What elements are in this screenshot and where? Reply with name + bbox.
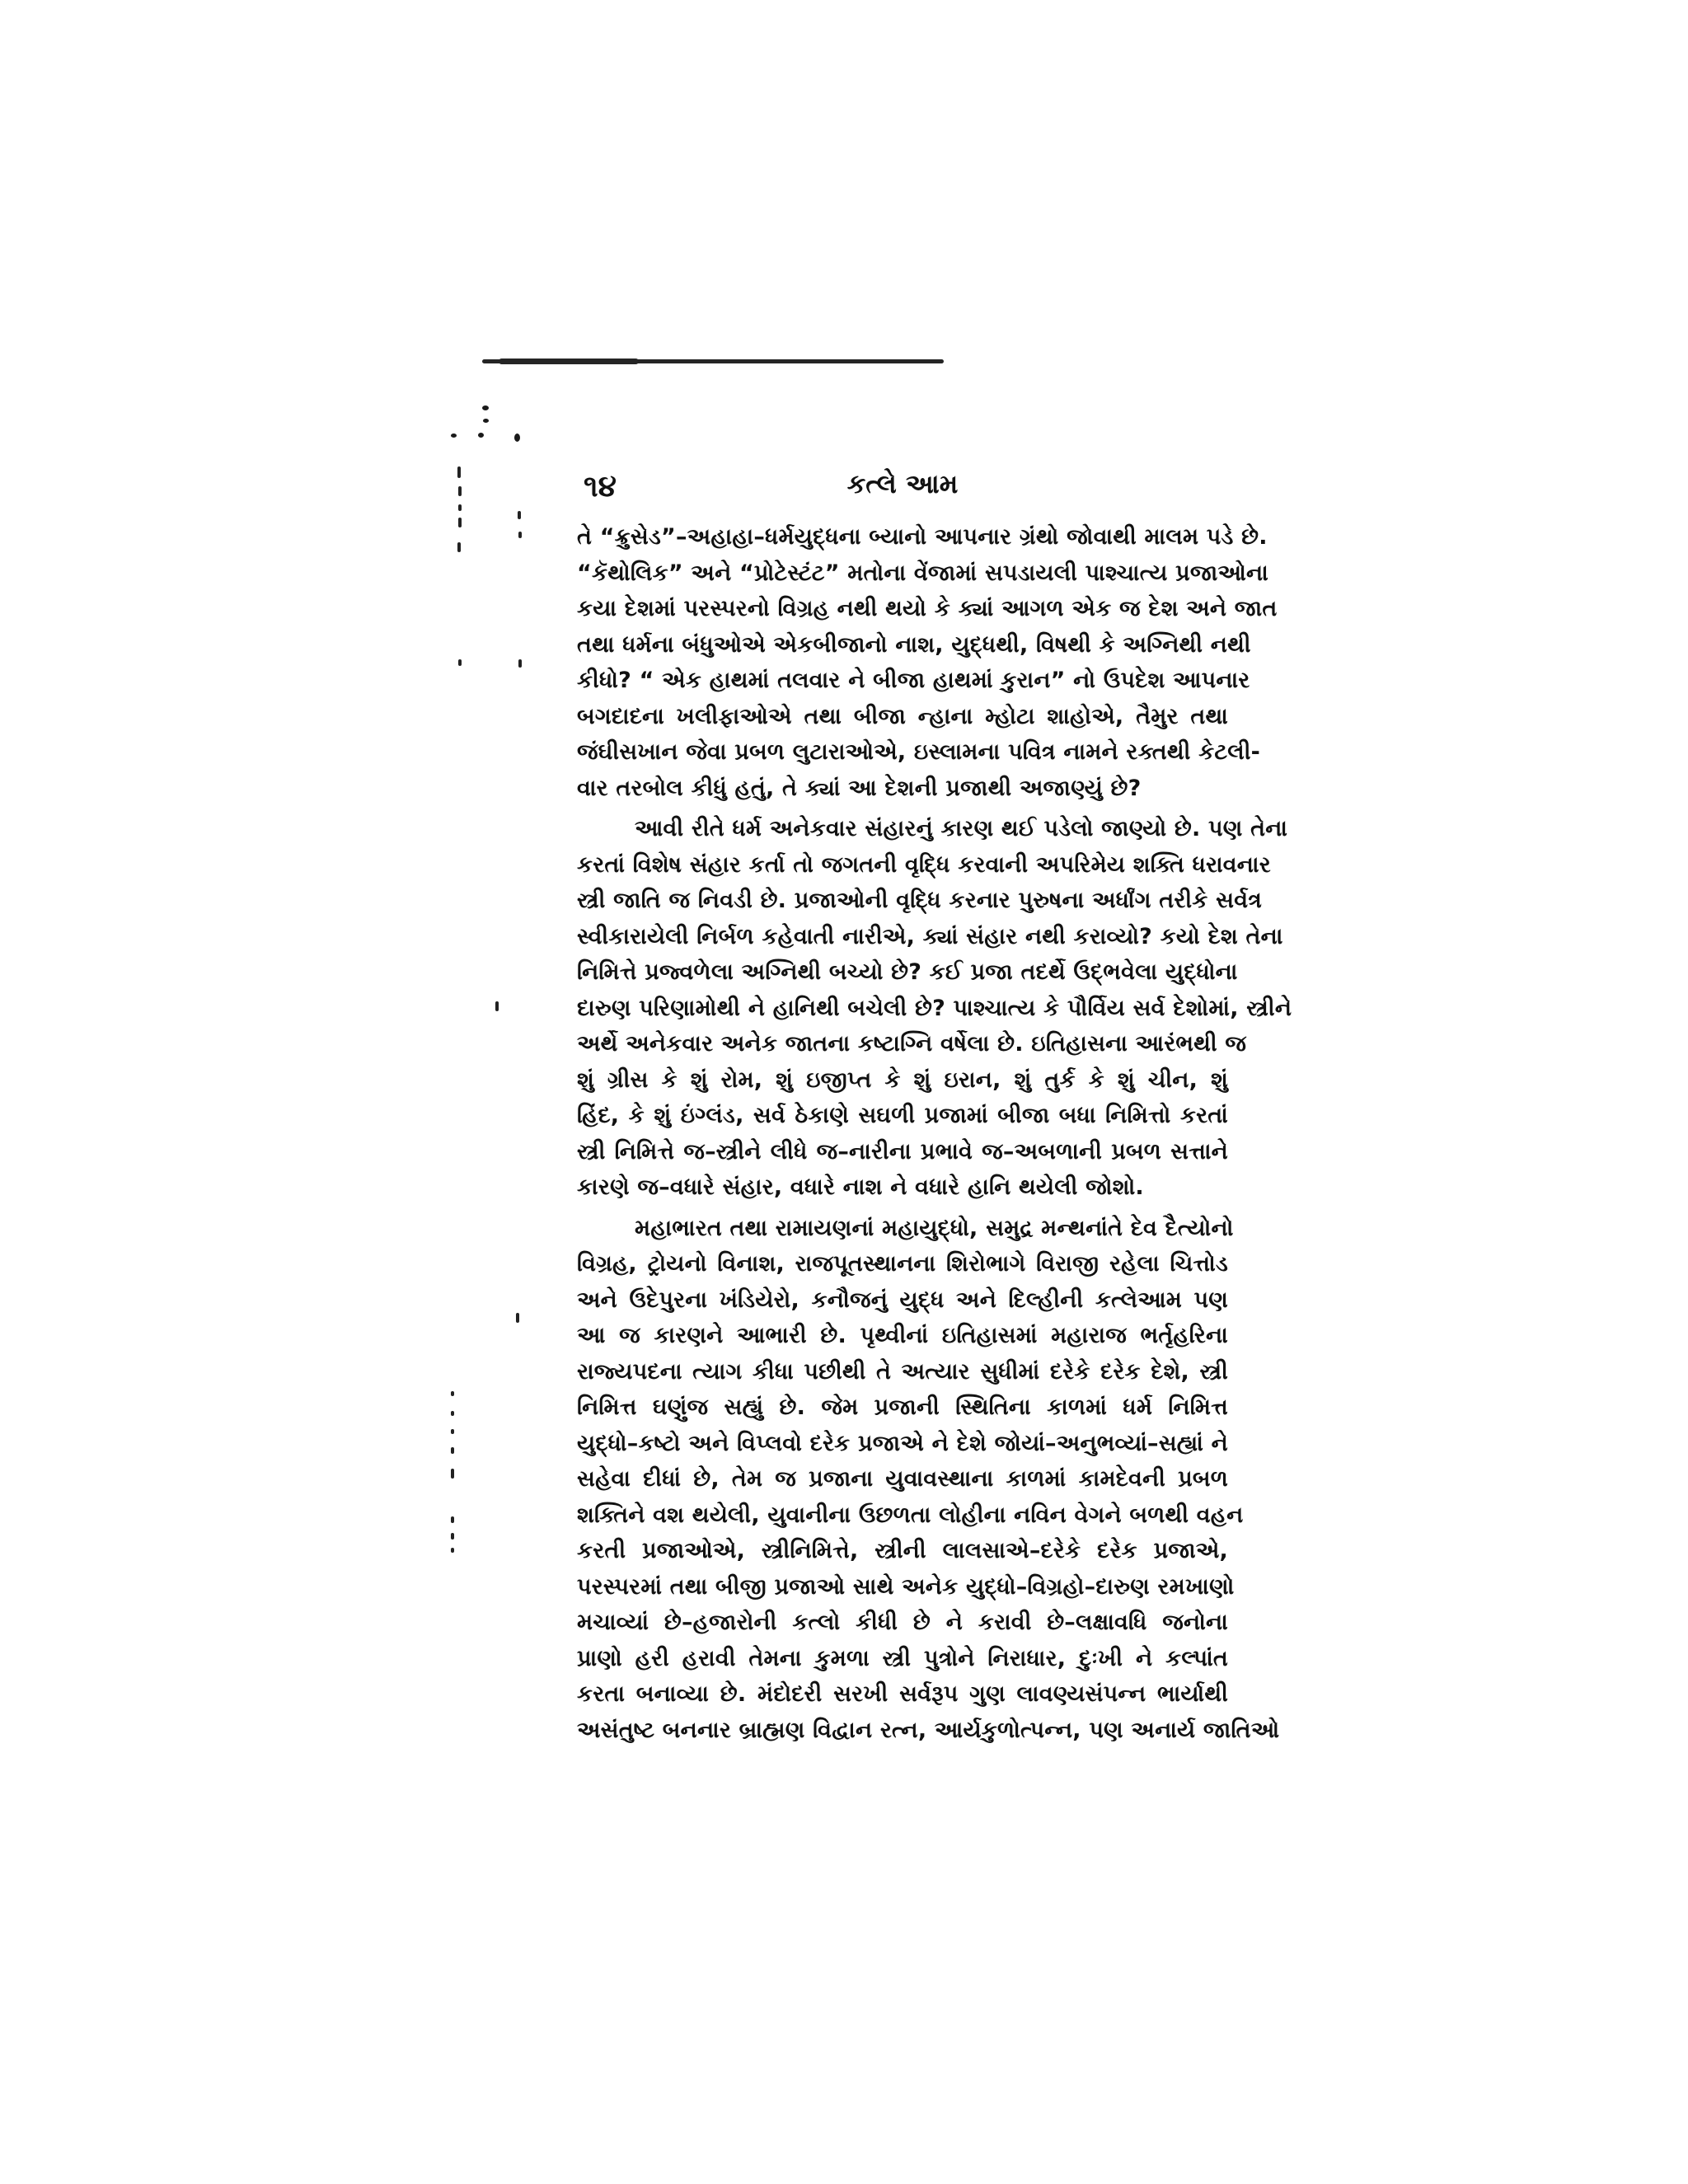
text-line: “કૅથોલિક” અને “પ્રોટેસ્ટંટ” મતોના વેંજામ…: [577, 555, 1228, 592]
scan-margin-mark: [451, 1391, 454, 1396]
text-line: આ જ કારણને આભારી છે. પૃથ્વીનાં ઇતિહાસમાં…: [577, 1318, 1228, 1354]
scanned-header-rule: [482, 359, 944, 363]
scan-margin-mark: [457, 542, 461, 552]
scan-speck: [514, 434, 520, 442]
scan-margin-mark: [451, 1516, 454, 1523]
text-line: અર્થે અનેકવાર અનેક જાતના કષ્ટાગ્નિ વર્ષે…: [577, 1026, 1228, 1062]
scan-speck: [451, 434, 457, 438]
text-line: કરતા બનાવ્યા છે. મંદોદરી સરખી સર્વરૂપ ગુ…: [577, 1676, 1228, 1713]
scan-margin-mark: [518, 511, 521, 519]
text-line: સહેવા દીધાં છે, તેમ જ પ્રજાના યુવાવસ્થાન…: [577, 1461, 1228, 1497]
text-line: બગદાદના ખલીફાઓએ તથા બીજા ન્હાના મ્હોટા શ…: [577, 699, 1228, 735]
text-line: સ્ત્રી જાતિ જ નિવડી છે. પ્રજાઓની વૃદ્ધિ …: [577, 883, 1228, 919]
scan-speck: [483, 419, 489, 423]
text-line: શક્તિને વશ થયેલી, યુવાનીના ઉછળતા લોહીના …: [577, 1497, 1228, 1534]
text-line: પ્રાણો હરી હરાવી તેમના કુમળા સ્ત્રી પુત્…: [577, 1641, 1228, 1677]
text-line: શું ગ્રીસ કે શું રોમ, શું ઇજીપ્ત કે શું …: [577, 1062, 1228, 1099]
scan-margin-mark: [495, 1001, 499, 1011]
scan-margin-mark: [451, 1429, 454, 1434]
text-line: તે “ક્રુસેડ”–અહાહા–ધર્મયુદ્ધના બ્યાનો આપ…: [577, 519, 1228, 555]
scan-margin-mark: [451, 1548, 454, 1553]
text-line: કરતાં વિશેષ સંહાર કર્તા તો જગતની વૃદ્ધિ …: [577, 847, 1228, 883]
text-line: કરતી પ્રજાઓએ, સ્ત્રીનિમિત્તે, સ્ત્રીની લ…: [577, 1533, 1228, 1569]
text-line: અસંતુષ્ટ બનનાર બ્રાહ્મણ વિદ્વાન રત્ન, આર…: [577, 1713, 1228, 1749]
paragraph-1: તે “ક્રુસેડ”–અહાહા–ધર્મયુદ્ધના બ્યાનો આપ…: [577, 519, 1228, 806]
scan-margin-mark: [451, 1469, 454, 1479]
text-line: સ્ત્રી નિમિત્તે જ–સ્ત્રીને લીધે જ–નારીના…: [577, 1134, 1228, 1170]
text-line: જંઘીસખાન જેવા પ્રબળ લુટારાઓએ, ઇસ્લામના પ…: [577, 734, 1228, 771]
text-line: દારુણ પરિણામોથી ને હાનિથી બચેલી છે? પાશ્…: [577, 991, 1228, 1027]
scan-margin-mark: [518, 532, 522, 538]
paragraph-2: આવી રીતે ધર્મ અનેકવાર સંહારનું કારણ થઈ પ…: [577, 811, 1228, 1206]
text-line: કારણે જ–વધારે સંહાર, વધારે નાશ ને વધારે …: [577, 1169, 1228, 1206]
scan-margin-mark: [451, 1533, 454, 1540]
text-line: નિમિત્તે પ્રજ્વળેલા અગ્નિથી બચ્યો છે? કઈ…: [577, 954, 1228, 991]
text-line: પરસ્પરમાં તથા બીજી પ્રજાઓ સાથે અનેક યુદ્…: [577, 1569, 1228, 1605]
scan-margin-mark: [457, 466, 461, 478]
scan-margin-mark: [458, 504, 462, 511]
scan-speck: [478, 433, 484, 438]
book-page: ૧૪ કત્લે આમ તે “ક્રુસેડ”–અહાહા–ધર્મયુદ્ધ…: [577, 462, 1228, 1753]
text-line: મચાવ્યાં છે–હજારોની કત્લો કીધી છે ને કરા…: [577, 1605, 1228, 1641]
text-line: સ્વીકારાયેલી નિર્બળ કહેવાતી નારીએ, ક્યાં…: [577, 919, 1228, 955]
text-line: રાજ્યપદના ત્યાગ કીધા પછીથી તે અત્યાર સુધ…: [577, 1354, 1228, 1390]
running-head: ૧૪ કત્લે આમ: [577, 462, 1228, 511]
running-title: કત્લે આમ: [577, 468, 1228, 500]
text-line: આવી રીતે ધર્મ અનેકવાર સંહારનું કારણ થઈ પ…: [577, 811, 1228, 847]
scan-margin-mark: [516, 1313, 519, 1323]
text-line: યુદ્ધો–કષ્ટો અને વિપ્લવો દરેક પ્રજાએ ને …: [577, 1426, 1228, 1462]
scan-margin-mark: [458, 659, 462, 666]
text-line: મહાભારત તથા રામાયણનાં મહાયુદ્ધો, સમુદ્ર …: [577, 1211, 1228, 1247]
body-text: તે “ક્રુસેડ”–અહાહા–ધર્મયુદ્ધના બ્યાનો આપ…: [577, 519, 1228, 1748]
text-line: વાર તરબોલ કીધું હતું, તે ક્યાં આ દેશની પ…: [577, 771, 1228, 807]
scan-margin-mark: [458, 518, 462, 527]
text-line: અને ઉદેપુરના ખંડિયેરો, કનૌજનું યુદ્ધ અને…: [577, 1282, 1228, 1319]
scan-margin-mark: [451, 1411, 454, 1416]
text-line: હિંદ, કે શું ઇંગ્લંડ, સર્વ ઠેકાણે સઘળી પ…: [577, 1098, 1228, 1134]
text-line: કીધો? “ એક હાથમાં તલવાર ને બીજા હાથમાં ક…: [577, 663, 1228, 699]
scan-speck: [482, 405, 489, 410]
text-line: કયા દેશમાં પરસ્પરનો વિગ્રહ નથી થયો કે ક્…: [577, 591, 1228, 627]
scan-margin-mark: [458, 486, 462, 496]
scan-margin-mark: [518, 659, 522, 668]
scan-margin-mark: [451, 1447, 454, 1454]
text-line: નિમિત્ત ઘણુંજ સહ્યું છે. જેમ પ્રજાની સ્થ…: [577, 1390, 1228, 1426]
paragraph-3: મહાભારત તથા રામાયણનાં મહાયુદ્ધો, સમુદ્ર …: [577, 1211, 1228, 1749]
text-line: વિગ્રહ, ટ્રોયનો વિનાશ, રાજપૂતસ્થાનના શિર…: [577, 1246, 1228, 1282]
text-line: તથા ધર્મના બંધુઓએ એકબીજાનો નાશ, યુદ્ધથી,…: [577, 627, 1228, 663]
